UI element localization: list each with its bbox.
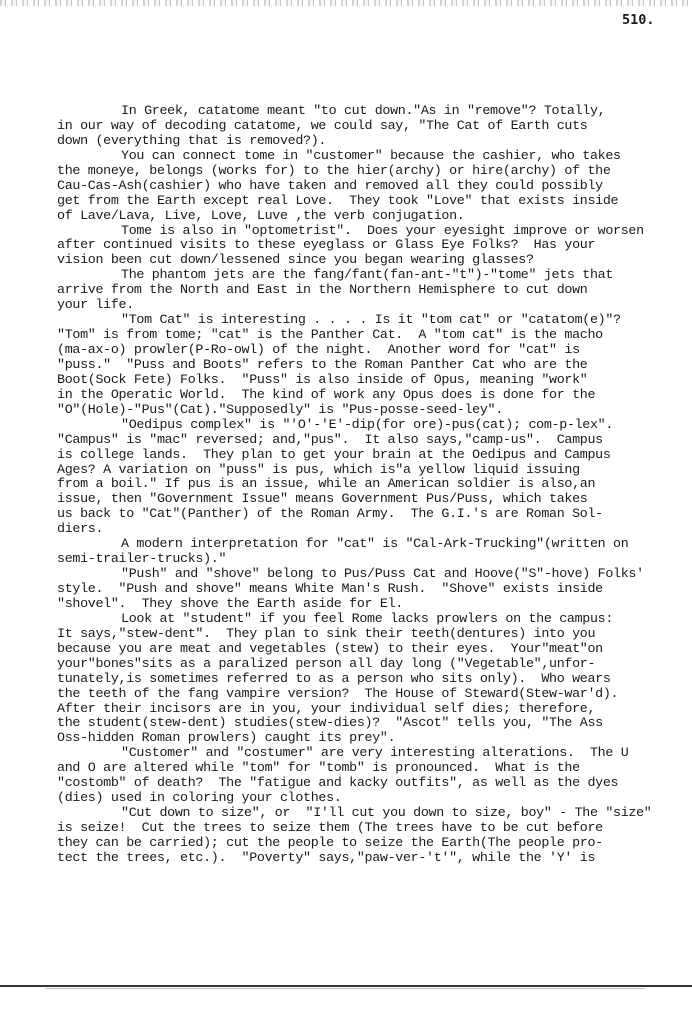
page-bottom-rule-shadow	[45, 988, 645, 989]
text-line: Cau-Cas-Ash(cashier) who have taken and …	[57, 180, 687, 195]
paragraph-first-line: In Greek, catatome meant "to cut down."A…	[57, 105, 687, 120]
text-line: the moneye, belongs (works for) to the h…	[57, 165, 687, 180]
text-line: your"bones"sits as a paralized person al…	[57, 658, 687, 673]
scan-edge-artifact	[0, 0, 692, 6]
text-line: style. "Push and shove" means White Man'…	[57, 583, 687, 598]
text-line: Oss-hidden Roman prowlers) caught its pr…	[57, 732, 687, 747]
text-line: Boot(Sock Fete) Folks. "Puss" is also in…	[57, 374, 687, 389]
text-line: from a boil." If pus is an issue, while …	[57, 478, 687, 493]
text-line: diers.	[57, 523, 687, 538]
text-line: of Lave/Lava, Live, Love, Luve ,the verb…	[57, 210, 687, 225]
page-bottom-rule	[0, 985, 692, 987]
text-line: After their incisors are in you, your in…	[57, 703, 687, 718]
text-line: tect the trees, etc.). "Poverty" says,"p…	[57, 852, 687, 867]
text-line: "puss." "Puss and Boots" refers to the R…	[57, 359, 687, 374]
text-line: because you are meat and vegetables (ste…	[57, 643, 687, 658]
text-line: your life.	[57, 299, 687, 314]
text-line: issue, then "Government Issue" means Gov…	[57, 493, 687, 508]
text-line: get from the Earth except real Love. The…	[57, 195, 687, 210]
text-line: in our way of decoding catatome, we coul…	[57, 120, 687, 135]
text-line: they can be carried); cut the people to …	[57, 837, 687, 852]
text-line: (ma-ax-o) prowler(P-Ro-owl) of the night…	[57, 344, 687, 359]
text-line: down (everything that is removed?).	[57, 135, 687, 150]
text-line: after continued visits to these eyeglass…	[57, 239, 687, 254]
text-line: semi-trailer-trucks)."	[57, 553, 687, 568]
page-number: 510.	[622, 12, 655, 28]
paragraph-first-line: You can connect tome in "customer" becau…	[57, 150, 687, 165]
paragraph-first-line: "Customer" and "costumer" are very inter…	[57, 747, 687, 762]
paragraph-first-line: The phantom jets are the fang/fant(fan-a…	[57, 269, 687, 284]
text-line: is seize! Cut the trees to seize them (T…	[57, 822, 687, 837]
text-line: "O"(Hole)-"Pus"(Cat)."Supposedly" is "Pu…	[57, 404, 687, 419]
text-line: and O are altered while "tom" for "tomb"…	[57, 762, 687, 777]
document-body: In Greek, catatome meant "to cut down."A…	[57, 105, 687, 867]
text-line: "costomb" of death? The "fatigue and kac…	[57, 777, 687, 792]
paragraph-first-line: "Push" and "shove" belong to Pus/Puss Ca…	[57, 568, 687, 583]
text-line: "Tom" is from tome; "cat" is the Panther…	[57, 329, 687, 344]
text-line: arrive from the North and East in the No…	[57, 284, 687, 299]
text-line: the student(stew-dent) studies(stew-dies…	[57, 717, 687, 732]
paragraph-first-line: "Tom Cat" is interesting . . . . Is it "…	[57, 314, 687, 329]
text-line: the teeth of the fang vampire version? T…	[57, 688, 687, 703]
text-line: Ages? A variation on "puss" is pus, whic…	[57, 464, 687, 479]
paragraph-first-line: Tome is also in "optometrist". Does your…	[57, 225, 687, 240]
text-line: It says,"stew-dent". They plan to sink t…	[57, 628, 687, 643]
paragraph-first-line: "Cut down to size", or "I'll cut you dow…	[57, 807, 687, 822]
text-line: in the Operatic World. The kind of work …	[57, 389, 687, 404]
paragraph-first-line: A modern interpretation for "cat" is "Ca…	[57, 538, 687, 553]
text-line: us back to "Cat"(Panther) of the Roman A…	[57, 508, 687, 523]
paragraph-first-line: Look at "student" if you feel Rome lacks…	[57, 613, 687, 628]
text-line: (dies) used in coloring your clothes.	[57, 792, 687, 807]
text-line: vision been cut down/lessened since you …	[57, 254, 687, 269]
paragraph-first-line: "Oedipus complex" is "'O'-'E'-dip(for or…	[57, 419, 687, 434]
text-line: tunately,is sometimes referred to as a p…	[57, 673, 687, 688]
text-line: "Campus" is "mac" reversed; and,"pus". I…	[57, 434, 687, 449]
text-line: "shovel". They shove the Earth aside for…	[57, 598, 687, 613]
text-line: is college lands. They plan to get your …	[57, 449, 687, 464]
